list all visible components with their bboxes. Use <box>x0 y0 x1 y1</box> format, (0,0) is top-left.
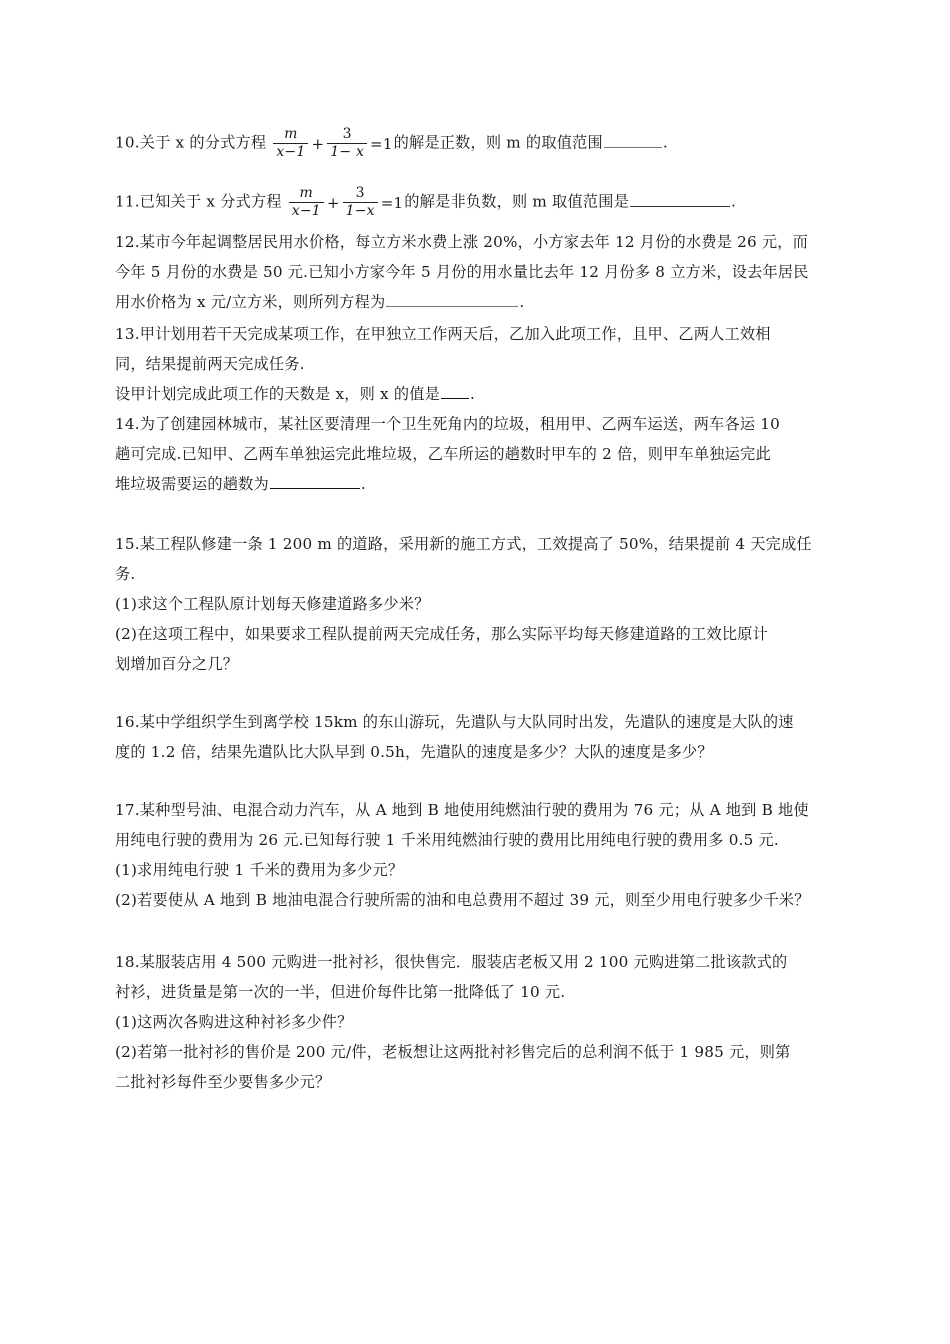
question-11-suffix: 的解是非负数，则 m 取值范围是 <box>404 193 629 211</box>
answer-blank-13[interactable] <box>441 384 469 399</box>
question-12-line-3: 用水价格为 x 元/立方米，则所列方程为. <box>115 292 524 312</box>
question-15-part-1: (1)求这个工程队原计划每天修建道路多少米？ <box>115 594 429 614</box>
fraction-numerator: 3 <box>340 126 355 143</box>
period: . <box>731 193 736 211</box>
period: . <box>519 293 524 311</box>
plus-sign: + <box>327 194 340 212</box>
question-15-line-2: 务. <box>115 564 135 584</box>
equals-one: =1 <box>370 135 393 153</box>
answer-blank-10[interactable] <box>604 133 662 148</box>
question-18-part-2: (2)若第一批衬衫的售价是 200 元/件，老板想让这两批衬衫售完后的总利润不低… <box>115 1042 791 1062</box>
question-18-line-1: 18.某服装店用 4 500 元购进一批衬衫，很快售完．服装店老板又用 2 10… <box>115 952 787 972</box>
fraction-numerator: m <box>297 185 316 202</box>
question-14-text: 堆垃圾需要运的趟数为 <box>115 475 269 493</box>
question-17-part-1: (1)求用纯电行驶 1 千米的费用为多少元？ <box>115 860 403 880</box>
fraction-denominator: 1− x <box>327 143 367 161</box>
question-15-part-2-cont: 划增加百分之几？ <box>115 654 238 674</box>
question-13-line-1: 13.甲计划用若干天完成某项工作，在甲独立工作两天后，乙加入此项工作，且甲、乙两… <box>115 324 771 344</box>
question-18-part-2-cont: 二批衬衫每件至少要售多少元？ <box>115 1072 330 1092</box>
equals-one: =1 <box>381 194 404 212</box>
question-13-line-3: 设甲计划完成此项工作的天数是 x，则 x 的值是. <box>115 384 475 404</box>
question-17-line-2: 用纯电行驶的费用为 26 元.已知每行驶 1 千米用纯燃油行驶的费用比用纯电行驶… <box>115 830 779 850</box>
question-14-line-1: 14.为了创建园林城市，某社区要清理一个卫生死角内的垃圾，租用甲、乙两车运送，两… <box>115 414 780 434</box>
period: . <box>361 475 366 493</box>
question-16-line-1: 16.某中学组织学生到离学校 15km 的东山游玩，先遣队与大队同时出发，先遣队… <box>115 712 794 732</box>
question-16-line-2: 度的 1.2 倍，结果先遣队比大队早到 0.5h，先遣队的速度是多少？大队的速度… <box>115 742 713 762</box>
fraction-m-over-x-minus-1: m x−1 <box>273 126 308 161</box>
question-12-line-2: 今年 5 月份的水费是 50 元.已知小方家今年 5 月份的用水量比去年 12 … <box>115 262 809 282</box>
question-10-prefix: 10.关于 x 的分式方程 <box>115 134 266 152</box>
question-14-line-2: 趟可完成.已知甲、乙两车单独运完此堆垃圾，乙车所运的趟数时甲车的 2 倍，则甲车… <box>115 444 771 464</box>
question-10-suffix: 的解是正数，则 m 的取值范围 <box>394 134 603 152</box>
answer-blank-14[interactable] <box>270 474 360 489</box>
period: . <box>470 385 475 403</box>
question-14-line-3: 堆垃圾需要运的趟数为. <box>115 474 366 494</box>
fraction-3-over-1-minus-x: 3 1−x <box>343 185 378 220</box>
answer-blank-11[interactable] <box>630 192 730 207</box>
fraction-numerator: m <box>281 126 300 143</box>
question-15-part-2: (2)在这项工程中，如果要求工程队提前两天完成任务，那么实际平均每天修建道路的工… <box>115 624 768 644</box>
question-12-line-1: 12.某市今年起调整居民用水价格，每立方米水费上涨 20%，小方家去年 12 月… <box>115 232 808 252</box>
fraction-numerator: 3 <box>353 185 368 202</box>
question-11: 11.已知关于 x 分式方程 m x−1 + 3 1−x =1的解是非负数，则 … <box>115 185 736 220</box>
question-12-text: 用水价格为 x 元/立方米，则所列方程为 <box>115 293 385 311</box>
fraction-denominator: 1−x <box>343 202 378 220</box>
question-10: 10.关于 x 的分式方程 m x−1 + 3 1− x =1的解是正数，则 m… <box>115 126 668 161</box>
question-15-line-1: 15.某工程队修建一条 1 200 m 的道路，采用新的施工方式，工效提高了 5… <box>115 534 812 554</box>
plus-sign: + <box>311 135 324 153</box>
question-11-prefix: 11.已知关于 x 分式方程 <box>115 193 282 211</box>
question-18-part-1: (1)这两次各购进这种衬衫多少件？ <box>115 1012 353 1032</box>
fraction-denominator: x−1 <box>289 202 324 220</box>
period: . <box>663 134 668 152</box>
question-13-line-2: 同，结果提前两天完成任务. <box>115 354 305 374</box>
question-17-part-2: (2)若要使从 A 地到 B 地油电混合行驶所需的油和电总费用不超过 39 元，… <box>115 890 810 910</box>
fraction-denominator: x−1 <box>273 143 308 161</box>
question-18-line-2: 衬衫，进货量是第一次的一半，但进价每件比第一批降低了 10 元. <box>115 982 565 1002</box>
question-13-text: 设甲计划完成此项工作的天数是 x，则 x 的值是 <box>115 385 440 403</box>
answer-blank-12[interactable] <box>386 292 518 307</box>
fraction-m-over-x-minus-1: m x−1 <box>289 185 324 220</box>
fraction-3-over-1-minus-x: 3 1− x <box>327 126 367 161</box>
question-17-line-1: 17.某种型号油、电混合动力汽车，从 A 地到 B 地使用纯燃油行驶的费用为 7… <box>115 800 809 820</box>
